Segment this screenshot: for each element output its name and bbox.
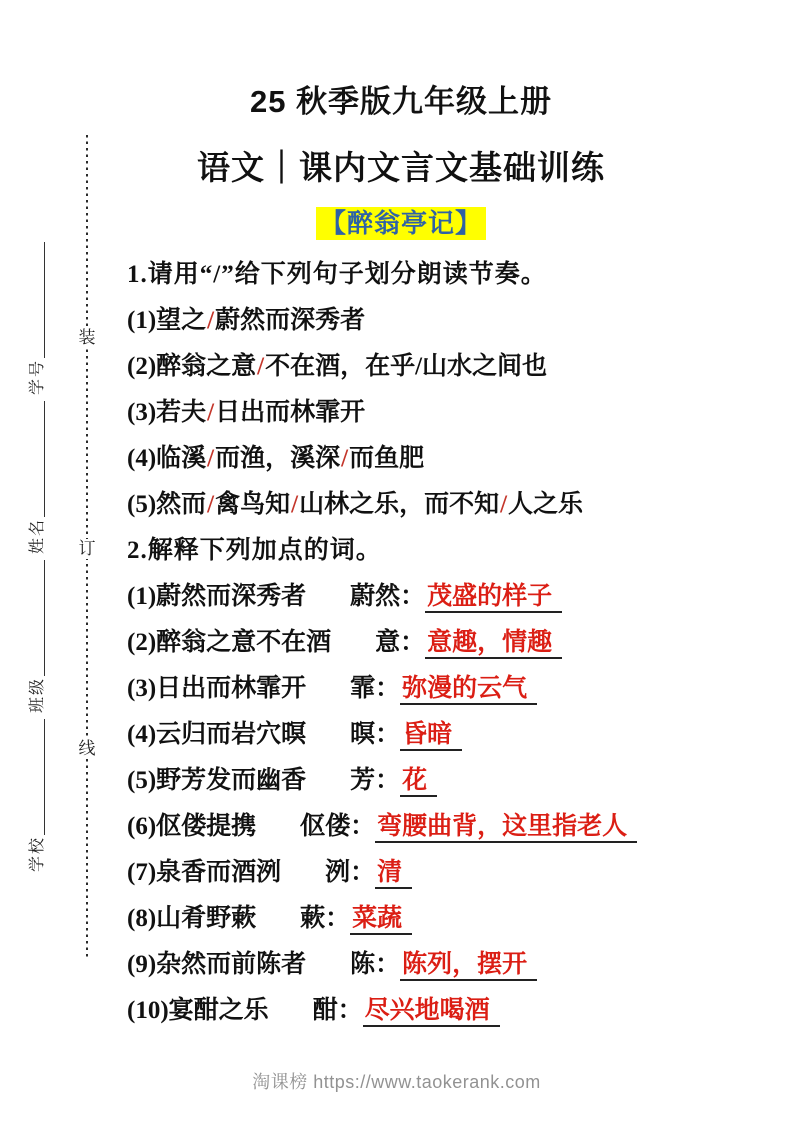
sentence-segment: 人之乐 (508, 491, 583, 518)
answer-blank: 陈列，摆开 (400, 951, 537, 981)
phrase-text: (8)山肴野蔌 (127, 905, 256, 932)
q1-stem: 1.请用“/”给下列句子划分朗读节奏。 (127, 252, 675, 298)
sentence-segment: 禽鸟知 (215, 491, 290, 518)
q2-item: (1)蔚然而深秀者蔚然：茂盛的样子 (127, 574, 675, 620)
phrase-text: (9)杂然而前陈者 (127, 951, 306, 978)
answer-blank: 弯腰曲背，这里指老人 (375, 813, 637, 843)
q1-item: (2)醉翁之意/不在酒，在乎/山水之间也 (127, 344, 675, 390)
binding-char-zhuang: 装 (77, 328, 97, 348)
word-label: 洌： (325, 859, 375, 886)
sentence-segment: (3)若夫 (127, 399, 206, 426)
questions-area: 1.请用“/”给下列句子划分朗读节奏。 (1)望之/蔚然而深秀者(2)醉翁之意/… (127, 252, 675, 1034)
worksheet-page: 装 订 线 学校班级姓名学号 25 秋季版九年级上册 语文｜课内文言文基础训练 … (0, 0, 793, 1122)
q1-item: (5)然而/禽鸟知/山林之乐，而不知/人之乐 (127, 482, 675, 528)
sentence-segment: 而鱼肥 (349, 445, 424, 472)
phrase-text: (1)蔚然而深秀者 (127, 583, 306, 610)
phrase-text: (10)宴酣之乐 (127, 997, 269, 1024)
word-label: 意： (375, 629, 425, 656)
q1-items: (1)望之/蔚然而深秀者(2)醉翁之意/不在酒，在乎/山水之间也(3)若夫/日出… (127, 298, 675, 528)
sentence-segment: 蔚然而深秀者 (215, 307, 365, 334)
phrase-text: (5)野芳发而幽香 (127, 767, 306, 794)
binding-char-xian: 线 (77, 739, 97, 759)
sentence-segment: 山林之乐，而不知 (299, 491, 499, 518)
pause-slash: / (499, 491, 508, 518)
word-label: 蔌： (300, 905, 350, 932)
word-label: 陈： (350, 951, 400, 978)
answer-blank: 弥漫的云气 (400, 675, 537, 705)
sentence-segment: 日出而林霏开 (215, 399, 365, 426)
sentence-segment: 不在酒，在乎/山水之间也 (265, 353, 547, 380)
sentence-segment: (2)醉翁之意 (127, 353, 256, 380)
sentence-segment: (4)临溪 (127, 445, 206, 472)
margin-label: 学号 (29, 359, 46, 395)
q2-item: (3)日出而林霏开霏：弥漫的云气 (127, 666, 675, 712)
pause-slash: / (206, 307, 215, 334)
binding-char-ding: 订 (77, 539, 97, 559)
pause-slash: / (290, 491, 299, 518)
sentence-segment: (5)然而 (127, 491, 206, 518)
margin-label: 班级 (29, 677, 46, 713)
word-label: 暝： (350, 721, 400, 748)
doc-subtitle: 语文｜课内文言文基础训练 (127, 146, 675, 190)
phrase-text: (3)日出而林霏开 (127, 675, 306, 702)
q2-item: (8)山肴野蔌蔌：菜蔬 (127, 896, 675, 942)
sentence-segment: (1)望之 (127, 307, 206, 334)
q2-item: (7)泉香而酒洌洌：清 (127, 850, 675, 896)
worksheet-content: 25 秋季版九年级上册 语文｜课内文言文基础训练 【醉翁亭记】 1.请用“/”给… (127, 82, 675, 1034)
q2-item: (10)宴酣之乐酣：尽兴地喝酒 (127, 988, 675, 1034)
margin-blank-line (29, 719, 45, 835)
q1-item: (1)望之/蔚然而深秀者 (127, 298, 675, 344)
answer-blank: 意趣，情趣 (425, 629, 562, 659)
footer-credit: 淘课榜 https://www.taokerank.com (0, 1068, 793, 1094)
doc-title: 25 秋季版九年级上册 (127, 82, 675, 122)
pause-slash: / (206, 399, 215, 426)
answer-blank: 茂盛的样子 (425, 583, 562, 613)
phrase-text: (6)伛偻提携 (127, 813, 256, 840)
phrase-text: (7)泉香而酒洌 (127, 859, 281, 886)
q1-item: (4)临溪/而渔，溪深/而鱼肥 (127, 436, 675, 482)
q2-item: (4)云归而岩穴暝暝：昏暗 (127, 712, 675, 758)
answer-blank: 花 (400, 767, 437, 797)
margin-blank-line (29, 560, 45, 676)
q2-item: (2)醉翁之意不在酒意：意趣，情趣 (127, 620, 675, 666)
answer-blank: 尽兴地喝酒 (363, 997, 500, 1027)
pause-slash: / (206, 445, 215, 472)
margin-label: 学校 (29, 836, 46, 872)
pause-slash: / (340, 445, 349, 472)
answer-blank: 清 (375, 859, 412, 889)
word-label: 伛偻： (300, 813, 375, 840)
margin-label: 姓名 (29, 518, 46, 554)
phrase-text: (2)醉翁之意不在酒 (127, 629, 331, 656)
q1-item: (3)若夫/日出而林霏开 (127, 390, 675, 436)
word-label: 蔚然： (350, 583, 425, 610)
section-badge-row: 【醉翁亭记】 (127, 207, 675, 240)
margin-blank-line (29, 401, 45, 517)
q2-stem: 2.解释下列加点的词。 (127, 528, 675, 574)
student-info-margin-labels: 学校班级姓名学号 (26, 215, 50, 872)
word-label: 酣： (313, 997, 363, 1024)
answer-blank: 菜蔬 (350, 905, 412, 935)
pause-slash: / (256, 353, 265, 380)
margin-blank-line (29, 242, 45, 358)
sentence-segment: 而渔，溪深 (215, 445, 340, 472)
q2-item: (5)野芳发而幽香芳：花 (127, 758, 675, 804)
answer-blank: 昏暗 (400, 721, 462, 751)
q2-item: (6)伛偻提携伛偻：弯腰曲背，这里指老人 (127, 804, 675, 850)
word-label: 芳： (350, 767, 400, 794)
q2-item: (9)杂然而前陈者陈：陈列，摆开 (127, 942, 675, 988)
pause-slash: / (206, 491, 215, 518)
section-badge: 【醉翁亭记】 (316, 207, 486, 240)
word-label: 霏： (350, 675, 400, 702)
q2-items: (1)蔚然而深秀者蔚然：茂盛的样子(2)醉翁之意不在酒意：意趣，情趣(3)日出而… (127, 574, 675, 1034)
phrase-text: (4)云归而岩穴暝 (127, 721, 306, 748)
